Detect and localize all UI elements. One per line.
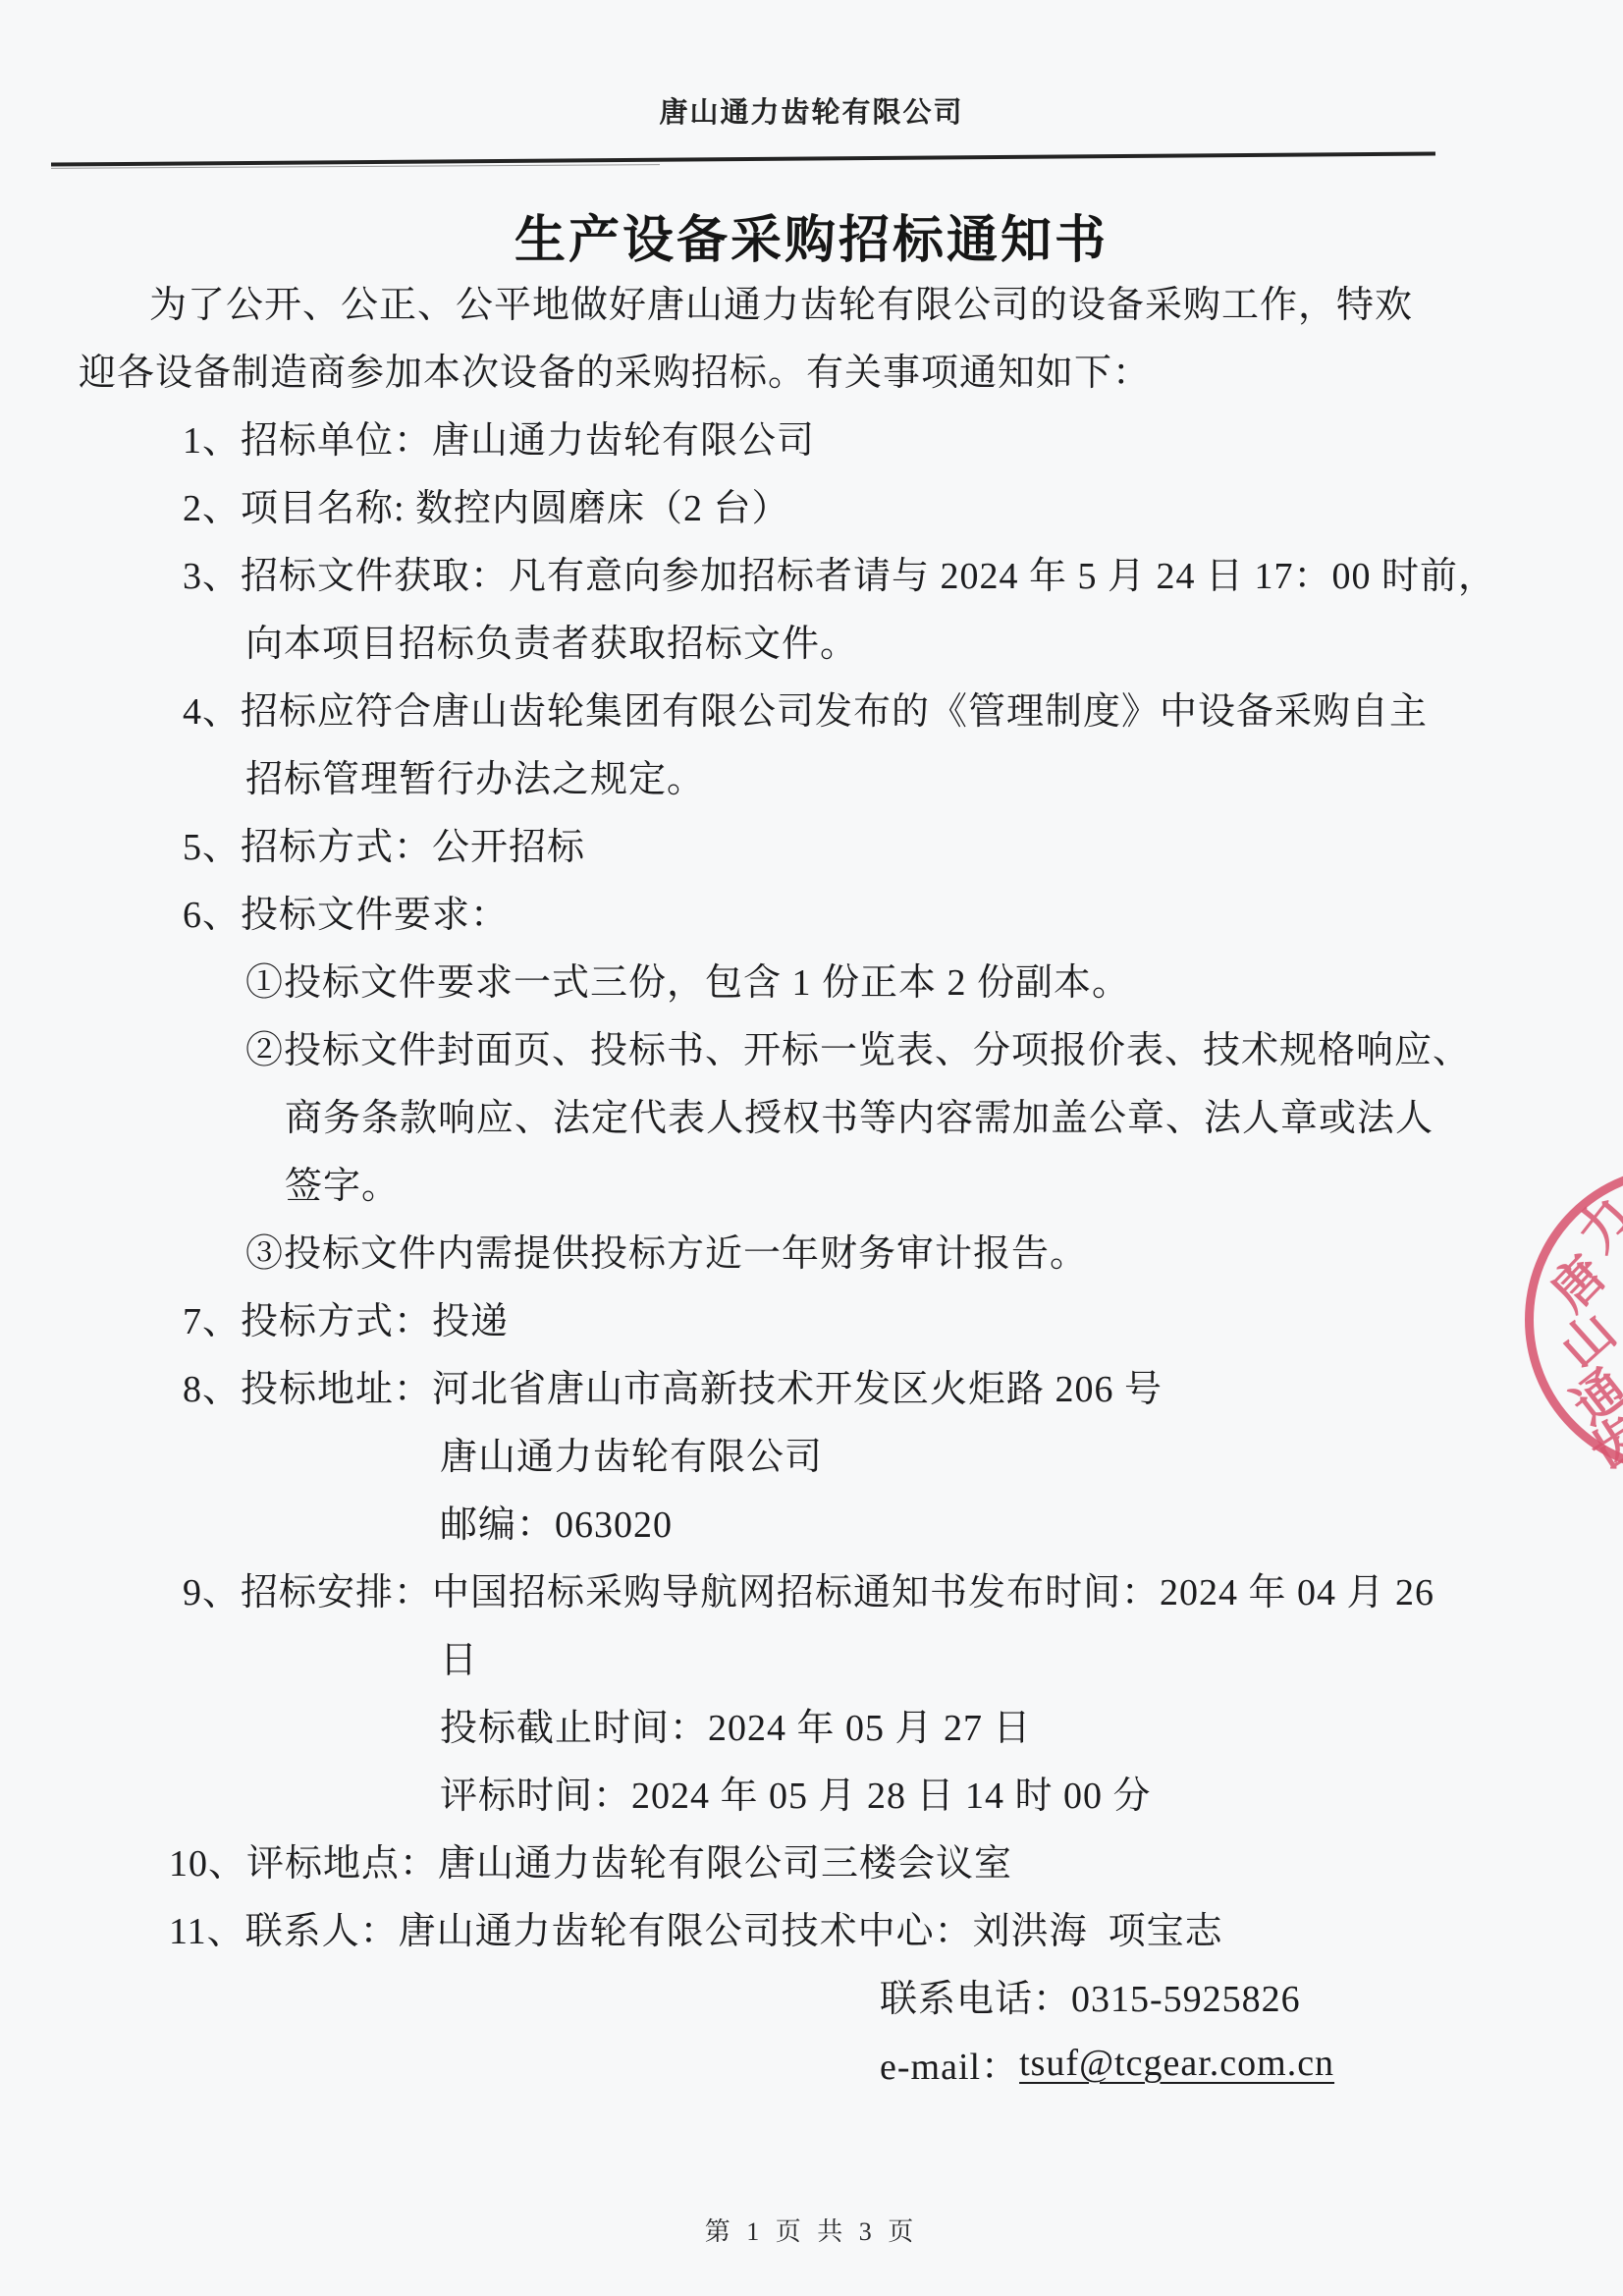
- item-9-date-overflow: 日: [79, 1622, 1551, 1690]
- item-6-sub-2: ②投标文件封面页、投标书、开标一览表、分项报价表、技术规格响应、: [79, 1012, 1551, 1080]
- contact-phone: 联系电话：0315-5925826: [79, 1961, 1551, 2029]
- email-address: tsuf@tcgear.com.cn: [1019, 2042, 1334, 2085]
- header-company-name: 唐山通力齿轮有限公司: [0, 90, 1623, 131]
- document-body: 为了公开、公正、公平地做好唐山通力齿轮有限公司的设备采购工作，特欢 迎各设备制造…: [79, 267, 1551, 2097]
- document-title: 生产设备采购招标通知书: [0, 198, 1623, 272]
- email-label: e-mail：: [880, 2036, 1019, 2090]
- item-5-bid-method: 5、招标方式：公开招标: [79, 809, 1551, 877]
- item-6-sub-2-cont-2: 签字。: [79, 1148, 1551, 1216]
- item-9-evaluation-time: 评标时间：2024 年 05 月 28 日 14 时 00 分: [79, 1758, 1551, 1826]
- page-number-footer: 第 1 页 共 3 页: [0, 2212, 1623, 2248]
- item-4-continuation: 招标管理暂行办法之规定。: [79, 741, 1551, 809]
- item-8-company-line: 唐山通力齿轮有限公司: [79, 1419, 1551, 1487]
- item-9-deadline: 投标截止时间：2024 年 05 月 27 日: [79, 1690, 1551, 1758]
- intro-line-1: 为了公开、公正、公平地做好唐山通力齿轮有限公司的设备采购工作，特欢: [79, 267, 1551, 335]
- header-rule: [51, 151, 1435, 166]
- item-7-submit-method: 7、投标方式：投递: [79, 1284, 1551, 1351]
- item-6-sub-3: ③投标文件内需提供投标方近一年财务审计报告。: [79, 1216, 1551, 1284]
- item-6-sub-2-cont-1: 商务条款响应、法定代表人授权书等内容需加盖公章、法人章或法人: [79, 1080, 1551, 1148]
- intro-line-2: 迎各设备制造商参加本次设备的采购招标。有关事项通知如下：: [79, 335, 1551, 403]
- item-11-contacts: 11、联系人：唐山通力齿轮有限公司技术中心：刘洪海 项宝志: [79, 1893, 1551, 1961]
- item-9-schedule: 9、招标安排：中国招标采购导航网招标通知书发布时间：2024 年 04 月 26: [79, 1555, 1551, 1622]
- scanned-document-page: 唐山通力齿轮有限公司 生产设备采购招标通知书 为了公开、公正、公平地做好唐山通力…: [0, 0, 1623, 2296]
- item-3-continuation: 向本项目招标负责者获取招标文件。: [79, 606, 1551, 674]
- item-10-eval-location: 10、评标地点：唐山通力齿轮有限公司三楼会议室: [79, 1826, 1551, 1893]
- item-2-project-name: 2、项目名称: 数控内圆磨床（2 台）: [79, 470, 1551, 538]
- item-6-sub-1: ①投标文件要求一式三份，包含 1 份正本 2 份副本。: [79, 945, 1551, 1012]
- item-8-postcode: 邮编：063020: [79, 1487, 1551, 1555]
- item-8-address: 8、投标地址：河北省唐山市高新技术开发区火炬路 206 号: [79, 1351, 1551, 1419]
- item-3-doc-obtain: 3、招标文件获取：凡有意向参加招标者请与 2024 年 5 月 24 日 17：…: [79, 538, 1551, 606]
- contact-email-line: e-mail：tsuf@tcgear.com.cn: [79, 2029, 1551, 2097]
- item-6-doc-requirements: 6、投标文件要求：: [79, 877, 1551, 945]
- item-4-regulation: 4、招标应符合唐山齿轮集团有限公司发布的《管理制度》中设备采购自主: [79, 674, 1551, 741]
- item-1-bid-unit: 1、招标单位：唐山通力齿轮有限公司: [79, 403, 1551, 470]
